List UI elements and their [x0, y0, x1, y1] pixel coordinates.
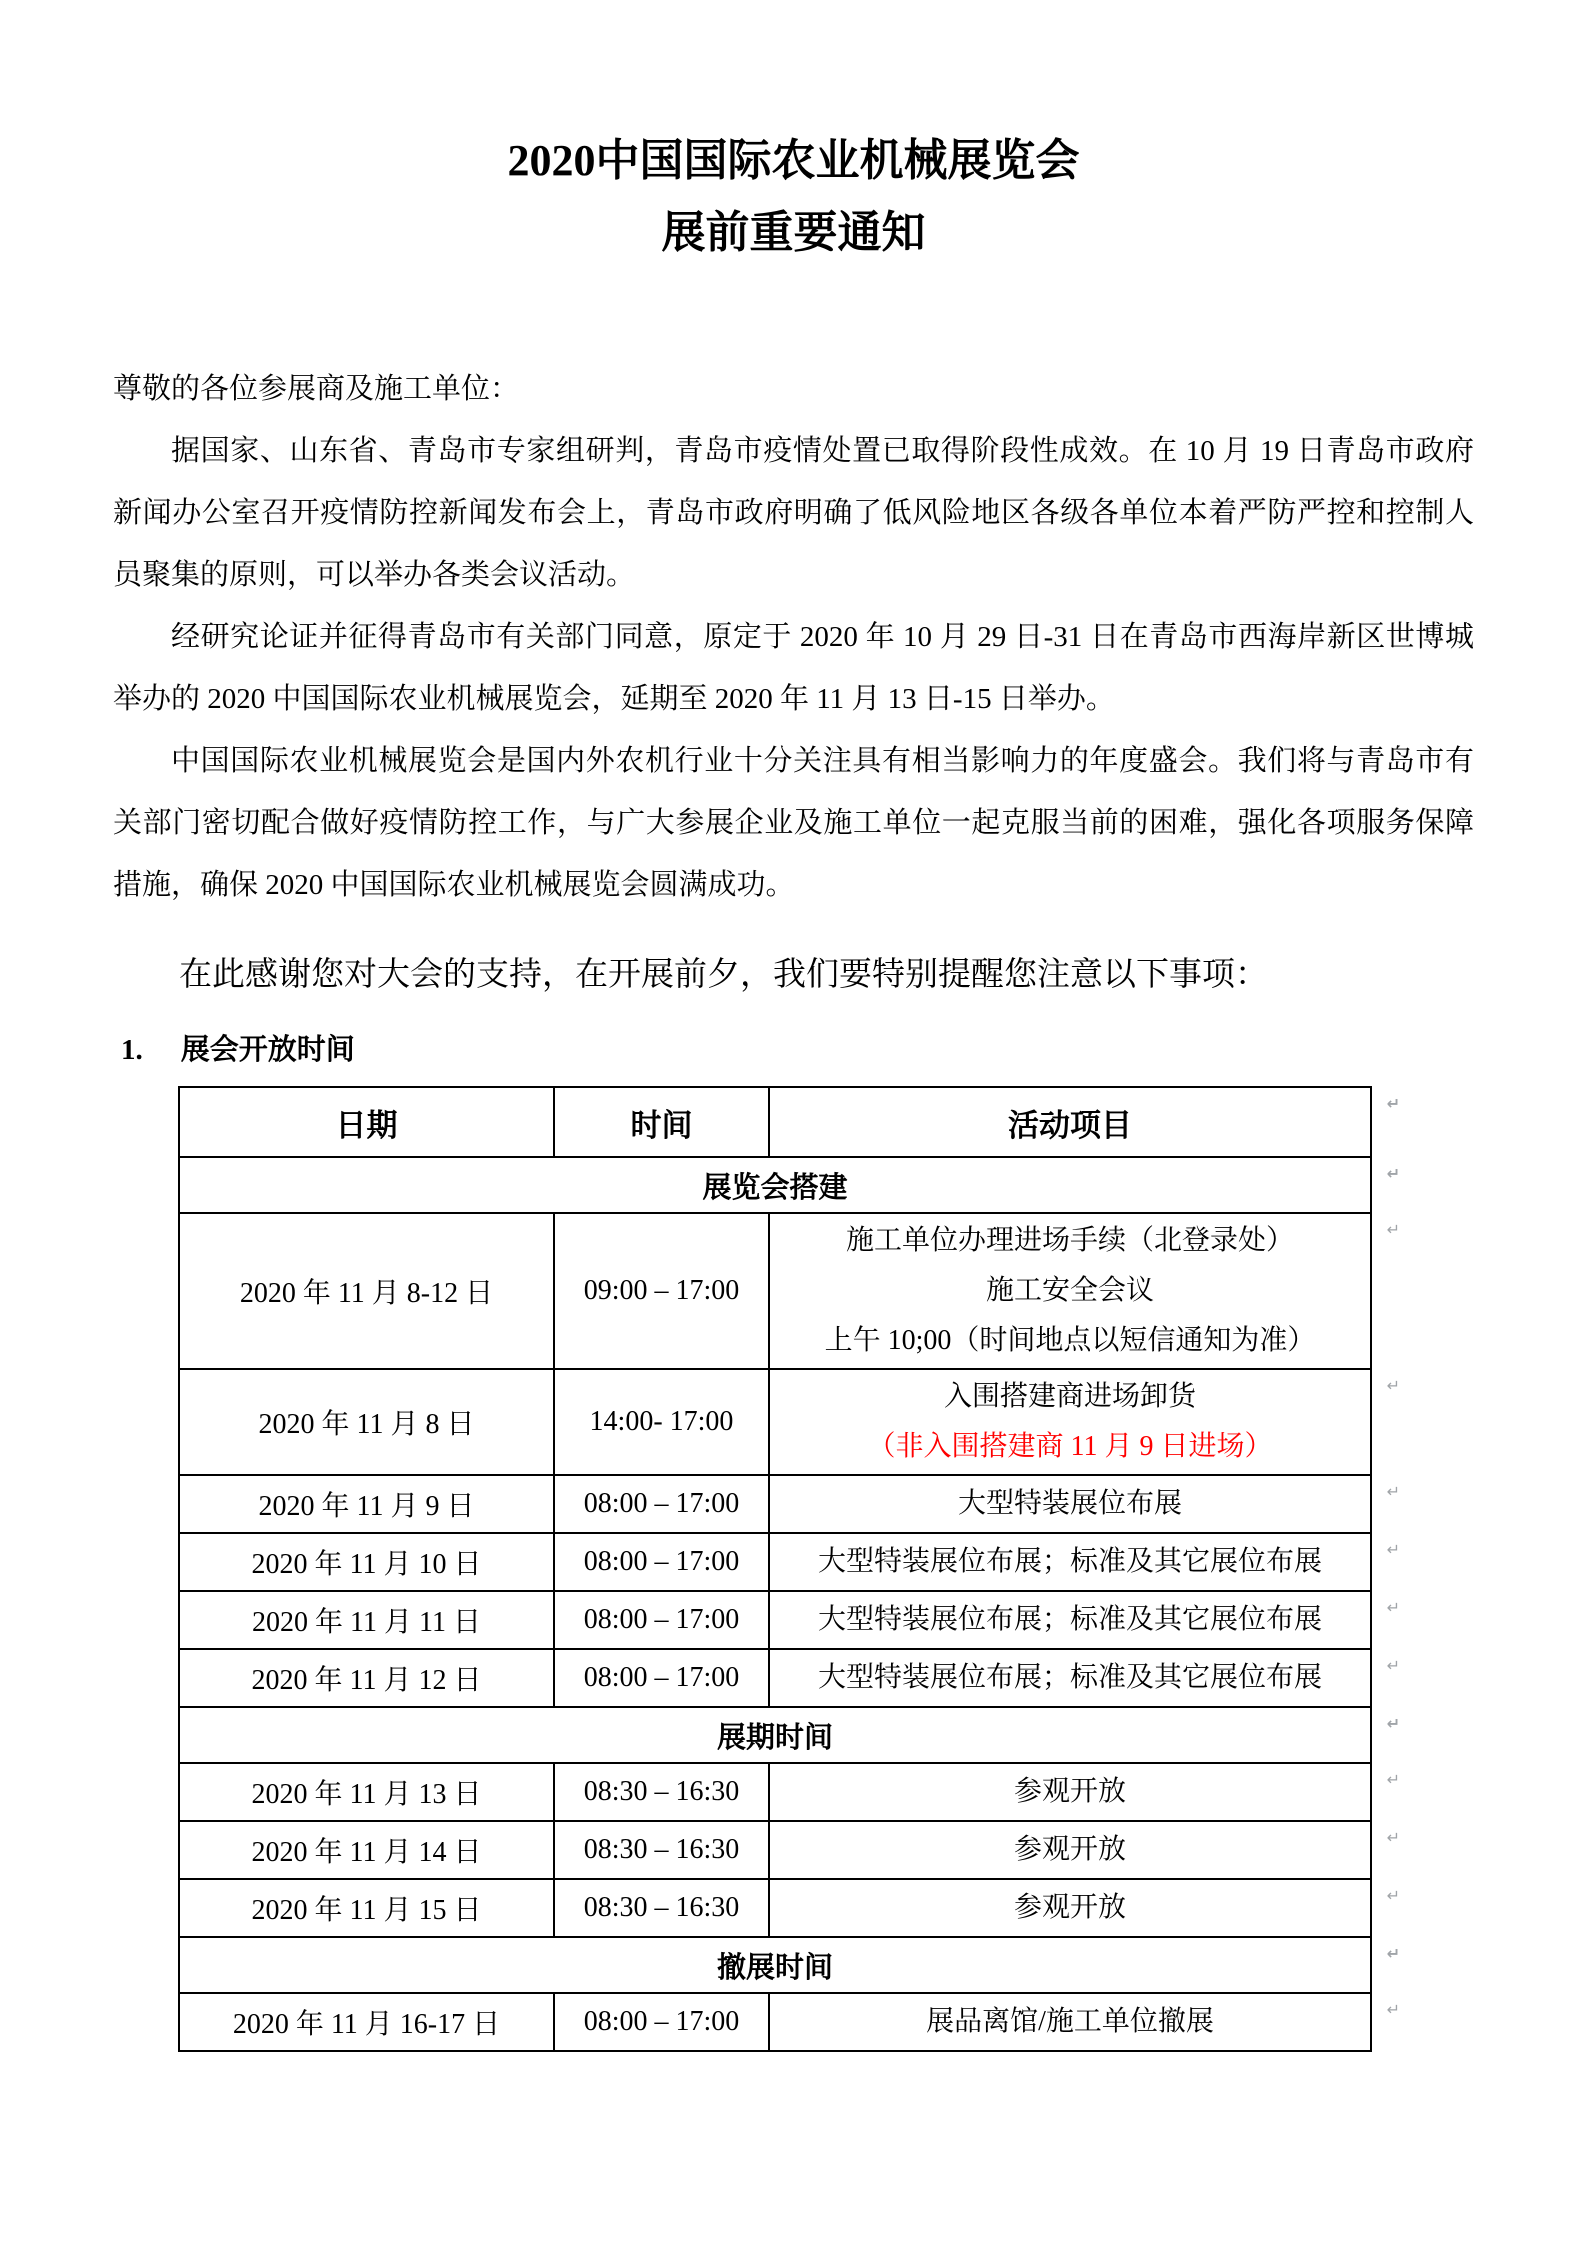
date-cell: 2020 年 11 月 12 日	[179, 1649, 554, 1707]
activity-cell: 大型特装展位布展；标准及其它展位布展 ↵	[769, 1533, 1371, 1591]
activity-line: 展品离馆/施工单位撤展	[776, 1997, 1364, 2047]
col-header-activity: 活动项目↵	[769, 1087, 1371, 1157]
date-cell: 2020 年 11 月 15 日	[179, 1879, 554, 1937]
table-row: 2020 年 11 月 8-12 日 09:00 – 17:00 施工单位办理进…	[179, 1213, 1371, 1369]
activity-cell: 施工单位办理进场手续（北登录处） 施工安全会议 上午 10;00（时间地点以短信…	[769, 1213, 1371, 1369]
document-title-line2: 展前重要通知	[113, 200, 1474, 266]
time-cell: 08:00 – 17:00	[554, 1993, 769, 2051]
activity-line: 入围搭建商进场卸货	[776, 1372, 1364, 1422]
activity-line: 参观开放	[776, 1825, 1364, 1875]
time-cell: 08:00 – 17:00	[554, 1591, 769, 1649]
row-end-mark-icon: ↵	[1387, 1166, 1400, 1182]
table-row: 2020 年 11 月 10 日 08:00 – 17:00 大型特装展位布展；…	[179, 1533, 1371, 1591]
activity-cell: 大型特装展位布展；标准及其它展位布展 ↵	[769, 1591, 1371, 1649]
section-heading: 1.展会开放时间	[113, 1028, 1474, 1072]
schedule-table: 日期 时间 活动项目↵ 展览会搭建↵ 2020 年 11 月 8-12 日 09…	[178, 1086, 1372, 2052]
section-label: 撤展时间	[186, 1945, 1364, 1986]
row-end-mark-icon: ↵	[1387, 1658, 1400, 1674]
table-section-row: 展览会搭建↵	[179, 1157, 1371, 1213]
section-title: 展会开放时间	[181, 1034, 355, 1066]
row-end-mark-icon: ↵	[1387, 1772, 1400, 1788]
activity-line: 上午 10;00（时间地点以短信通知为准）	[776, 1316, 1364, 1366]
time-cell: 08:30 – 16:30	[554, 1821, 769, 1879]
row-end-mark-icon: ↵	[1387, 2002, 1400, 2018]
section-label: 展期时间	[186, 1715, 1364, 1756]
table-row: 2020 年 11 月 11 日 08:00 – 17:00 大型特装展位布展；…	[179, 1591, 1371, 1649]
date-cell: 2020 年 11 月 14 日	[179, 1821, 554, 1879]
date-cell: 2020 年 11 月 10 日	[179, 1533, 554, 1591]
time-cell: 08:00 – 17:00	[554, 1475, 769, 1533]
date-cell: 2020 年 11 月 8 日	[179, 1369, 554, 1475]
row-end-mark-icon: ↵	[1387, 1830, 1400, 1846]
table-row: 2020 年 11 月 14 日 08:30 – 16:30 参观开放 ↵	[179, 1821, 1371, 1879]
activity-line: 大型特装展位布展；标准及其它展位布展	[776, 1537, 1364, 1587]
activity-cell: 入围搭建商进场卸货 （非入围搭建商 11 月 9 日进场） ↵	[769, 1369, 1371, 1475]
section-number: 1.	[113, 1028, 143, 1072]
table-header-row: 日期 时间 活动项目↵	[179, 1087, 1371, 1157]
paragraph-1: 据国家、山东省、青岛市专家组研判，青岛市疫情处置已取得阶段性成效。在 10 月 …	[113, 420, 1474, 606]
section-cell: 展览会搭建↵	[179, 1157, 1371, 1213]
row-end-mark-icon: ↵	[1387, 1946, 1400, 1962]
activity-line: 大型特装展位布展	[776, 1479, 1364, 1529]
date-cell: 2020 年 11 月 11 日	[179, 1591, 554, 1649]
document-content: 2020中国国际农业机械展览会 展前重要通知 尊敬的各位参展商及施工单位： 据国…	[0, 0, 1587, 2052]
activity-line: 参观开放	[776, 1767, 1364, 1817]
row-end-mark-icon: ↵	[1387, 1600, 1400, 1616]
row-end-mark-icon: ↵	[1387, 1888, 1400, 1904]
time-cell: 08:30 – 16:30	[554, 1879, 769, 1937]
time-cell: 08:00 – 17:00	[554, 1649, 769, 1707]
date-cell: 2020 年 11 月 8-12 日	[179, 1213, 554, 1369]
activity-red-note: （非入围搭建商 11 月 9 日进场）	[776, 1422, 1364, 1472]
activity-cell: 参观开放 ↵	[769, 1763, 1371, 1821]
time-cell: 09:00 – 17:00	[554, 1213, 769, 1369]
activity-cell: 参观开放 ↵	[769, 1821, 1371, 1879]
date-cell: 2020 年 11 月 16-17 日	[179, 1993, 554, 2051]
paragraph-2: 经研究论证并征得青岛市有关部门同意，原定于 2020 年 10 月 29 日-3…	[113, 606, 1474, 730]
col-header-time-label: 时间	[631, 1108, 693, 1143]
row-end-mark-icon: ↵	[1387, 1716, 1400, 1732]
row-end-mark-icon: ↵	[1387, 1378, 1400, 1394]
row-end-mark-icon: ↵	[1387, 1096, 1400, 1112]
table-row: 2020 年 11 月 12 日 08:00 – 17:00 大型特装展位布展；…	[179, 1649, 1371, 1707]
salutation: 尊敬的各位参展商及施工单位：	[113, 358, 1474, 420]
table-row: 2020 年 11 月 8 日 14:00- 17:00 入围搭建商进场卸货 （…	[179, 1369, 1371, 1475]
table-section-row: 撤展时间↵	[179, 1937, 1371, 1993]
activity-line: 施工安全会议	[776, 1266, 1364, 1316]
time-cell: 08:00 – 17:00	[554, 1533, 769, 1591]
table-row: 2020 年 11 月 9 日 08:00 – 17:00 大型特装展位布展 ↵	[179, 1475, 1371, 1533]
activity-line: 参观开放	[776, 1883, 1364, 1933]
col-header-date: 日期	[179, 1087, 554, 1157]
activity-line: 大型特装展位布展；标准及其它展位布展	[776, 1595, 1364, 1645]
activity-cell: 大型特装展位布展 ↵	[769, 1475, 1371, 1533]
col-header-time: 时间	[554, 1087, 769, 1157]
row-end-mark-icon: ↵	[1387, 1542, 1400, 1558]
thanks-note: 在此感谢您对大会的支持，在开展前夕，我们要特别提醒您注意以下事项：	[113, 940, 1474, 1010]
activity-cell: 展品离馆/施工单位撤展 ↵	[769, 1993, 1371, 2051]
activity-line: 大型特装展位布展；标准及其它展位布展	[776, 1653, 1364, 1703]
table-row: 2020 年 11 月 15 日 08:30 – 16:30 参观开放 ↵	[179, 1879, 1371, 1937]
section-label: 展览会搭建	[186, 1165, 1364, 1206]
time-cell: 14:00- 17:00	[554, 1369, 769, 1475]
date-cell: 2020 年 11 月 13 日	[179, 1763, 554, 1821]
row-end-mark-icon: ↵	[1387, 1222, 1400, 1238]
col-header-date-label: 日期	[336, 1108, 398, 1143]
activity-cell: 参观开放 ↵	[769, 1879, 1371, 1937]
date-cell: 2020 年 11 月 9 日	[179, 1475, 554, 1533]
document-title-line1: 2020中国国际农业机械展览会	[113, 128, 1474, 194]
paragraph-3: 中国国际农业机械展览会是国内外农机行业十分关注具有相当影响力的年度盛会。我们将与…	[113, 730, 1474, 916]
section-cell: 展期时间↵	[179, 1707, 1371, 1763]
time-cell: 08:30 – 16:30	[554, 1763, 769, 1821]
document-page: 2020中国国际农业机械展览会 展前重要通知 尊敬的各位参展商及施工单位： 据国…	[0, 0, 1587, 2245]
row-end-mark-icon: ↵	[1387, 1484, 1400, 1500]
col-header-activity-label: 活动项目	[1008, 1108, 1132, 1143]
table-row: 2020 年 11 月 16-17 日 08:00 – 17:00 展品离馆/施…	[179, 1993, 1371, 2051]
activity-cell: 大型特装展位布展；标准及其它展位布展 ↵	[769, 1649, 1371, 1707]
activity-line: 施工单位办理进场手续（北登录处）	[776, 1216, 1364, 1266]
table-section-row: 展期时间↵	[179, 1707, 1371, 1763]
section-cell: 撤展时间↵	[179, 1937, 1371, 1993]
table-row: 2020 年 11 月 13 日 08:30 – 16:30 参观开放 ↵	[179, 1763, 1371, 1821]
